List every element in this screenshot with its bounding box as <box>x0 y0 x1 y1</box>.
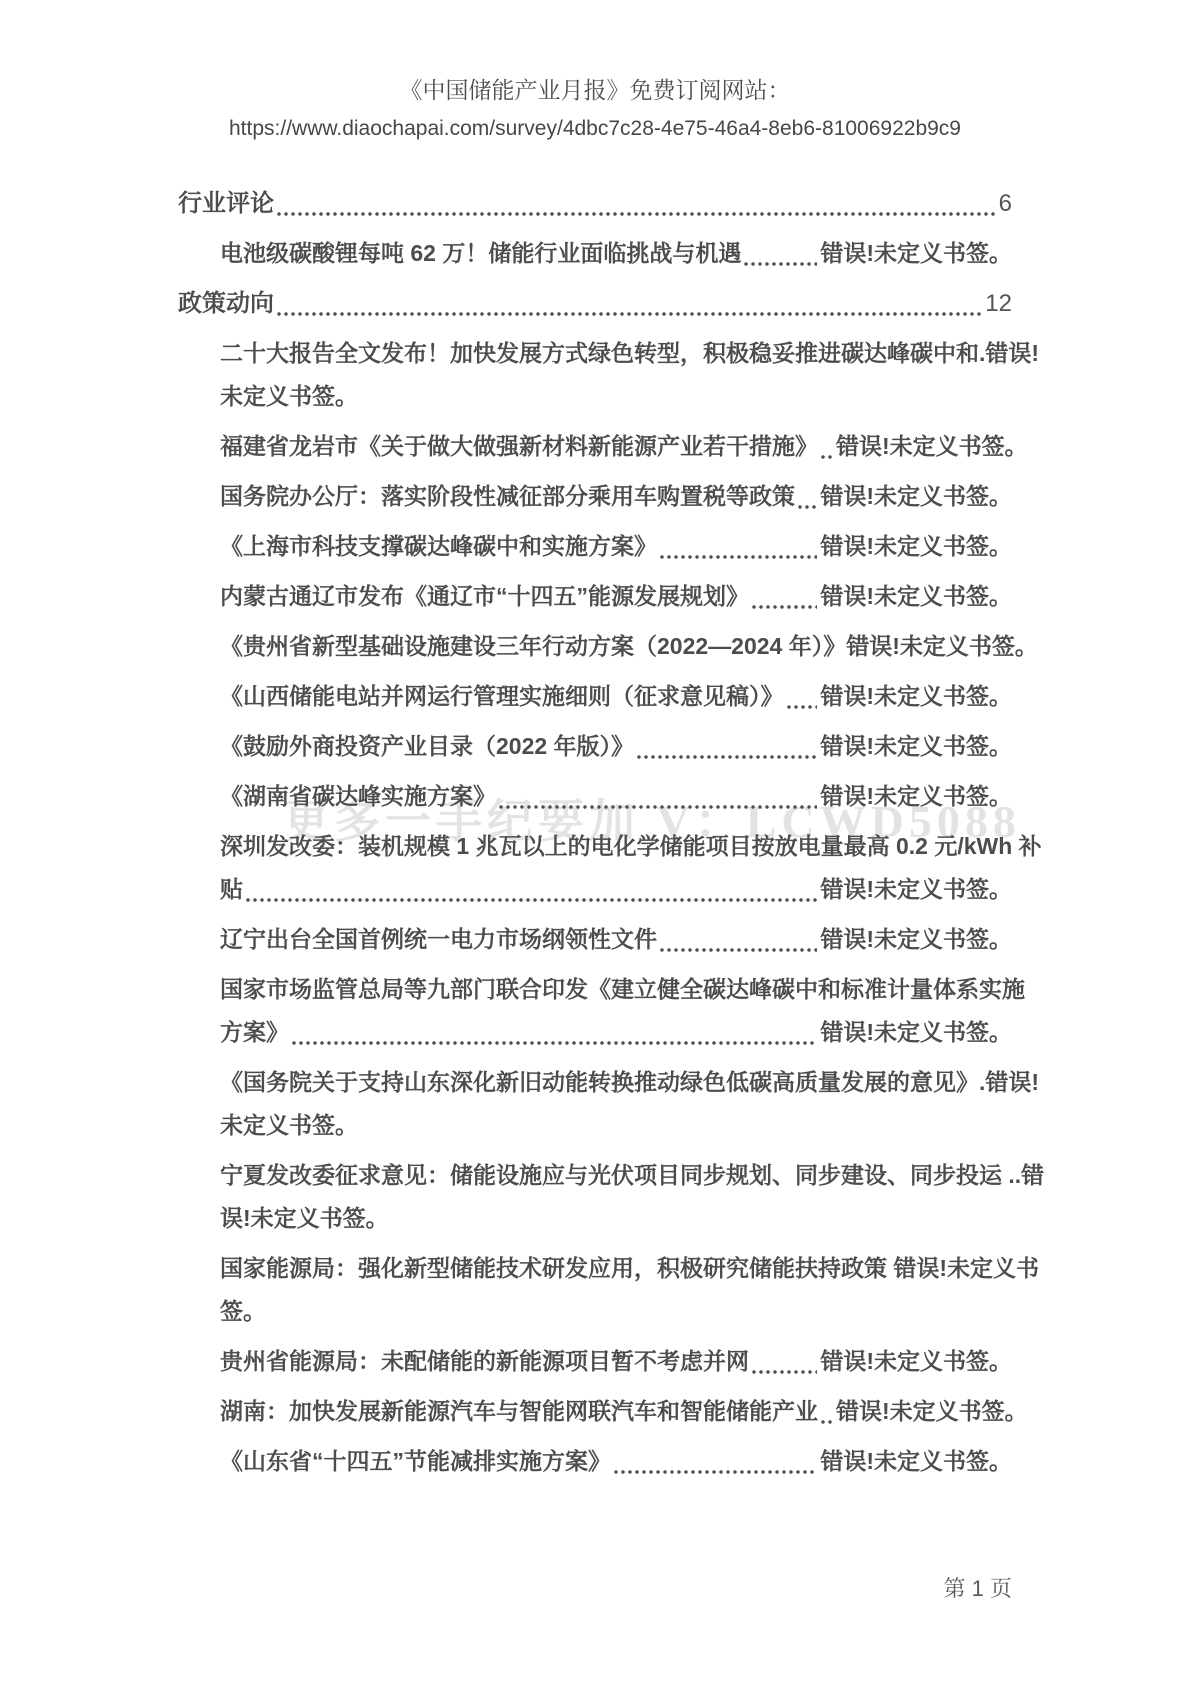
toc-row[interactable]: 方案》错误!未定义书签。 <box>220 1011 1012 1054</box>
toc-entry-item[interactable]: 二十大报告全文发布！加快发展方式绿色转型，积极稳妥推进碳达峰碳中和.错误!未定义… <box>178 332 1012 418</box>
toc-text: 误!未定义书签。 <box>220 1197 389 1240</box>
toc-text: 国务院办公厅：落实阶段性减征部分乘用车购置税等政策 <box>220 475 795 518</box>
toc-error-label: 错误!未定义书签。 <box>820 868 1012 911</box>
toc-text: 《上海市科技支撑碳达峰碳中和实施方案》 <box>220 525 657 568</box>
dot-leader <box>614 1470 817 1474</box>
toc-text: 二十大报告全文发布！加快发展方式绿色转型，积极稳妥推进碳达峰碳中和.错误! <box>220 332 1039 375</box>
toc-row[interactable]: 宁夏发改委征求意见：储能设施应与光伏项目同步规划、同步建设、同步投运 ..错 <box>220 1154 1012 1197</box>
toc-entry-item[interactable]: 《上海市科技支撑碳达峰碳中和实施方案》错误!未定义书签。 <box>178 525 1012 568</box>
toc-text: 深圳发改委：装机规模 1 兆瓦以上的电化学储能项目按放电量最高 0.2 元/kW… <box>220 825 1042 868</box>
toc-row[interactable]: 《鼓励外商投资产业目录（2022 年版）》错误!未定义书签。 <box>220 725 1012 768</box>
dot-leader <box>752 605 817 609</box>
toc-entry-item[interactable]: 辽宁出台全国首例统一电力市场纲领性文件错误!未定义书签。 <box>178 918 1012 961</box>
toc-entry-item[interactable]: 《贵州省新型基础设施建设三年行动方案（2022—2024 年）》错误!未定义书签… <box>178 625 1012 668</box>
toc-row[interactable]: 国务院办公厅：落实阶段性减征部分乘用车购置税等政策错误!未定义书签。 <box>220 475 1012 518</box>
dot-leader <box>277 312 982 316</box>
dot-leader <box>752 1370 817 1374</box>
toc-entry-item[interactable]: 《山西储能电站并网运行管理实施细则（征求意见稿）》错误!未定义书签。 <box>178 675 1012 718</box>
toc-entry-item[interactable]: 《湖南省碳达峰实施方案》错误!未定义书签。 <box>178 775 1012 818</box>
toc-entry-item[interactable]: 湖南：加快发展新能源汽车与智能网联汽车和智能储能产业错误!未定义书签。 <box>178 1390 1012 1433</box>
toc-text: 国家能源局：强化新型储能技术研发应用，积极研究储能扶持政策 错误!未定义书 <box>220 1247 1039 1290</box>
toc-text: 《贵州省新型基础设施建设三年行动方案（2022—2024 年）》错误!未定义书签… <box>220 625 1038 668</box>
toc-text: 《国务院关于支持山东深化新旧动能转换推动绿色低碳高质量发展的意见》.错误! <box>220 1061 1039 1104</box>
toc-row[interactable]: 《贵州省新型基础设施建设三年行动方案（2022—2024 年）》错误!未定义书签… <box>220 625 1012 668</box>
toc-text: 电池级碳酸锂每吨 62 万！储能行业面临挑战与机遇 <box>220 232 741 275</box>
toc-text: 湖南：加快发展新能源汽车与智能网联汽车和智能储能产业 <box>220 1390 818 1433</box>
toc-row[interactable]: 未定义书签。 <box>220 1104 1012 1147</box>
dot-leader <box>660 948 817 952</box>
toc-row[interactable]: 国家能源局：强化新型储能技术研发应用，积极研究储能扶持政策 错误!未定义书 <box>220 1247 1012 1290</box>
toc-text: 国家市场监管总局等九部门联合印发《建立健全碳达峰碳中和标准计量体系实施 <box>220 968 1025 1011</box>
toc-entry-item[interactable]: 内蒙古通辽市发布《通辽市“十四五”能源发展规划》错误!未定义书签。 <box>178 575 1012 618</box>
toc-row[interactable]: 政策动向12 <box>178 282 1012 325</box>
toc-entry-item[interactable]: 国家市场监管总局等九部门联合印发《建立健全碳达峰碳中和标准计量体系实施方案》错误… <box>178 968 1012 1054</box>
toc-entry-item[interactable]: 福建省龙岩市《关于做大做强新材料新能源产业若干措施》错误!未定义书签。 <box>178 425 1012 468</box>
dot-leader <box>821 1420 833 1424</box>
toc-entry-item[interactable]: 《国务院关于支持山东深化新旧动能转换推动绿色低碳高质量发展的意见》.错误!未定义… <box>178 1061 1012 1147</box>
toc-row[interactable]: 行业评论6 <box>178 182 1012 225</box>
page-header: 《中国储能产业月报》免费订阅网站： https://www.diaochapai… <box>178 74 1012 144</box>
toc-text: 福建省龙岩市《关于做大做强新材料新能源产业若干措施》 <box>220 425 818 468</box>
toc-row[interactable]: 二十大报告全文发布！加快发展方式绿色转型，积极稳妥推进碳达峰碳中和.错误! <box>220 332 1012 375</box>
toc-error-label: 错误!未定义书签。 <box>820 725 1012 768</box>
dot-leader <box>744 262 817 266</box>
toc-row[interactable]: 内蒙古通辽市发布《通辽市“十四五”能源发展规划》错误!未定义书签。 <box>220 575 1012 618</box>
toc-text: 贵州省能源局：未配储能的新能源项目暂不考虑并网 <box>220 1340 749 1383</box>
toc-row[interactable]: 误!未定义书签。 <box>220 1197 1012 1240</box>
dot-leader <box>246 898 817 902</box>
toc-entry-item[interactable]: 贵州省能源局：未配储能的新能源项目暂不考虑并网错误!未定义书签。 <box>178 1340 1012 1383</box>
toc-section-item[interactable]: 政策动向12 <box>178 282 1012 325</box>
dot-leader <box>660 555 817 559</box>
toc-row[interactable]: 电池级碳酸锂每吨 62 万！储能行业面临挑战与机遇错误!未定义书签。 <box>220 232 1012 275</box>
toc-error-label: 错误!未定义书签。 <box>820 525 1012 568</box>
toc-page-number: 6 <box>999 182 1012 225</box>
dot-leader <box>637 755 817 759</box>
toc-text: 宁夏发改委征求意见：储能设施应与光伏项目同步规划、同步建设、同步投运 ..错 <box>220 1154 1044 1197</box>
toc-text: 未定义书签。 <box>220 1104 358 1147</box>
toc-entry-item[interactable]: 电池级碳酸锂每吨 62 万！储能行业面临挑战与机遇错误!未定义书签。 <box>178 232 1012 275</box>
toc-text: 行业评论 <box>178 182 274 225</box>
toc-row[interactable]: 辽宁出台全国首例统一电力市场纲领性文件错误!未定义书签。 <box>220 918 1012 961</box>
toc-text: 《湖南省碳达峰实施方案》 <box>220 775 496 818</box>
toc-text: 未定义书签。 <box>220 375 358 418</box>
toc-row[interactable]: 贴错误!未定义书签。 <box>220 868 1012 911</box>
toc-text: 辽宁出台全国首例统一电力市场纲领性文件 <box>220 918 657 961</box>
toc-text: 签。 <box>220 1290 266 1333</box>
dot-leader <box>499 805 817 809</box>
toc-row[interactable]: 《山东省“十四五”节能减排实施方案》错误!未定义书签。 <box>220 1440 1012 1483</box>
toc-entry-item[interactable]: 宁夏发改委征求意见：储能设施应与光伏项目同步规划、同步建设、同步投运 ..错误!… <box>178 1154 1012 1240</box>
toc-entry-item[interactable]: 深圳发改委：装机规模 1 兆瓦以上的电化学储能项目按放电量最高 0.2 元/kW… <box>178 825 1012 911</box>
toc-text: 《山东省“十四五”节能减排实施方案》 <box>220 1440 611 1483</box>
toc-row[interactable]: 《国务院关于支持山东深化新旧动能转换推动绿色低碳高质量发展的意见》.错误! <box>220 1061 1012 1104</box>
toc-text: 《鼓励外商投资产业目录（2022 年版）》 <box>220 725 634 768</box>
toc-row[interactable]: 《湖南省碳达峰实施方案》错误!未定义书签。 <box>220 775 1012 818</box>
toc-row[interactable]: 福建省龙岩市《关于做大做强新材料新能源产业若干措施》错误!未定义书签。 <box>220 425 1012 468</box>
toc-text: 方案》 <box>220 1011 289 1054</box>
toc-error-label: 错误!未定义书签。 <box>820 1340 1012 1383</box>
toc-row[interactable]: 深圳发改委：装机规模 1 兆瓦以上的电化学储能项目按放电量最高 0.2 元/kW… <box>220 825 1012 868</box>
dot-leader <box>277 212 996 216</box>
toc-error-label: 错误!未定义书签。 <box>820 775 1012 818</box>
toc-entry-item[interactable]: 《鼓励外商投资产业目录（2022 年版）》错误!未定义书签。 <box>178 725 1012 768</box>
document-page: 更多一手纪要加 V：LCWD5088 《中国储能产业月报》免费订阅网站： htt… <box>0 0 1190 1683</box>
dot-leader <box>821 455 833 459</box>
dot-leader <box>292 1041 817 1045</box>
toc-row[interactable]: 《山西储能电站并网运行管理实施细则（征求意见稿）》错误!未定义书签。 <box>220 675 1012 718</box>
toc-error-label: 错误!未定义书签。 <box>820 918 1012 961</box>
toc-text: 《山西储能电站并网运行管理实施细则（征求意见稿）》 <box>220 675 784 718</box>
page-footer: 第 1 页 <box>944 1574 1012 1604</box>
toc: 行业评论6电池级碳酸锂每吨 62 万！储能行业面临挑战与机遇错误!未定义书签。政… <box>178 182 1012 1483</box>
toc-page-number: 12 <box>985 282 1012 325</box>
dot-leader <box>798 505 817 509</box>
toc-error-label: 错误!未定义书签。 <box>820 575 1012 618</box>
toc-row[interactable]: 签。 <box>220 1290 1012 1333</box>
toc-entry-item[interactable]: 《山东省“十四五”节能减排实施方案》错误!未定义书签。 <box>178 1440 1012 1483</box>
dot-leader <box>787 705 818 709</box>
toc-row[interactable]: 湖南：加快发展新能源汽车与智能网联汽车和智能储能产业错误!未定义书签。 <box>220 1390 1012 1433</box>
toc-text: 内蒙古通辽市发布《通辽市“十四五”能源发展规划》 <box>220 575 749 618</box>
toc-error-label: 错误!未定义书签。 <box>836 1390 1028 1433</box>
toc-entry-item[interactable]: 国务院办公厅：落实阶段性减征部分乘用车购置税等政策错误!未定义书签。 <box>178 475 1012 518</box>
toc-text: 贴 <box>220 868 243 911</box>
toc-section-item[interactable]: 行业评论6 <box>178 182 1012 225</box>
toc-error-label: 错误!未定义书签。 <box>836 425 1028 468</box>
toc-row[interactable]: 《上海市科技支撑碳达峰碳中和实施方案》错误!未定义书签。 <box>220 525 1012 568</box>
toc-row[interactable]: 贵州省能源局：未配储能的新能源项目暂不考虑并网错误!未定义书签。 <box>220 1340 1012 1383</box>
page-number-label: 第 1 页 <box>944 1576 1012 1601</box>
subscribe-url-link[interactable]: https://www.diaochapai.com/survey/4dbc7c… <box>178 114 1012 144</box>
toc-row[interactable]: 国家市场监管总局等九部门联合印发《建立健全碳达峰碳中和标准计量体系实施 <box>220 968 1012 1011</box>
toc-error-label: 错误!未定义书签。 <box>820 1440 1012 1483</box>
toc-error-label: 错误!未定义书签。 <box>820 675 1012 718</box>
toc-error-label: 错误!未定义书签。 <box>820 232 1012 275</box>
toc-error-label: 错误!未定义书签。 <box>820 1011 1012 1054</box>
toc-row[interactable]: 未定义书签。 <box>220 375 1012 418</box>
toc-entry-item[interactable]: 国家能源局：强化新型储能技术研发应用，积极研究储能扶持政策 错误!未定义书签。 <box>178 1247 1012 1333</box>
doc-title: 《中国储能产业月报》免费订阅网站： <box>178 74 1012 106</box>
toc-error-label: 错误!未定义书签。 <box>820 475 1012 518</box>
toc-text: 政策动向 <box>178 282 274 325</box>
